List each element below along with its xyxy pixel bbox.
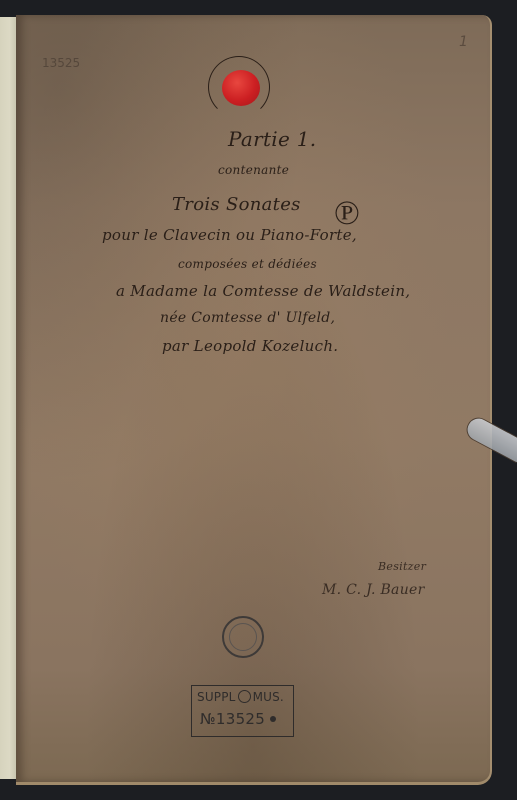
title-line-contenante: contenante — [218, 163, 289, 177]
adjacent-page-edge — [0, 17, 16, 779]
pencil-shelfmark: 13525 — [42, 56, 80, 70]
title-line-instruments: pour le Clavecin ou Piano-Forte, — [102, 226, 357, 244]
title-line-partie: Partie 1. — [228, 127, 316, 151]
stamp-number: №13525 — [200, 710, 265, 728]
supplement-stamp: SUPPLMUS. №13525 — [191, 685, 294, 737]
provenance-label: Besitzer — [378, 560, 426, 573]
title-line-nee: née Comtesse d' Ulfeld, — [160, 310, 335, 326]
stamp-mus-text: MUS. — [253, 690, 284, 704]
title-line-composees: composées et dédiées — [178, 257, 317, 271]
title-line-composer: par Leopold Kozeluch. — [162, 337, 338, 355]
red-wax-seal — [222, 70, 260, 106]
round-library-stamp — [222, 616, 264, 658]
stamp-suppl-text: SUPPL — [197, 690, 236, 704]
pencil-folio-number: 1 — [459, 34, 468, 50]
flourish-ornament: ℗ — [334, 196, 360, 230]
title-line-trois-sonates: Trois Sonates — [172, 194, 301, 215]
provenance-owner: M. C. J. Bauer — [322, 582, 425, 598]
scan-background: 13525 1 Partie 1. contenante Trois Sonat… — [0, 0, 517, 800]
crown-crest-icon — [238, 690, 251, 703]
stamp-dot-icon — [270, 716, 276, 722]
title-line-dedicatee: a Madame la Comtesse de Waldstein, — [116, 282, 410, 300]
